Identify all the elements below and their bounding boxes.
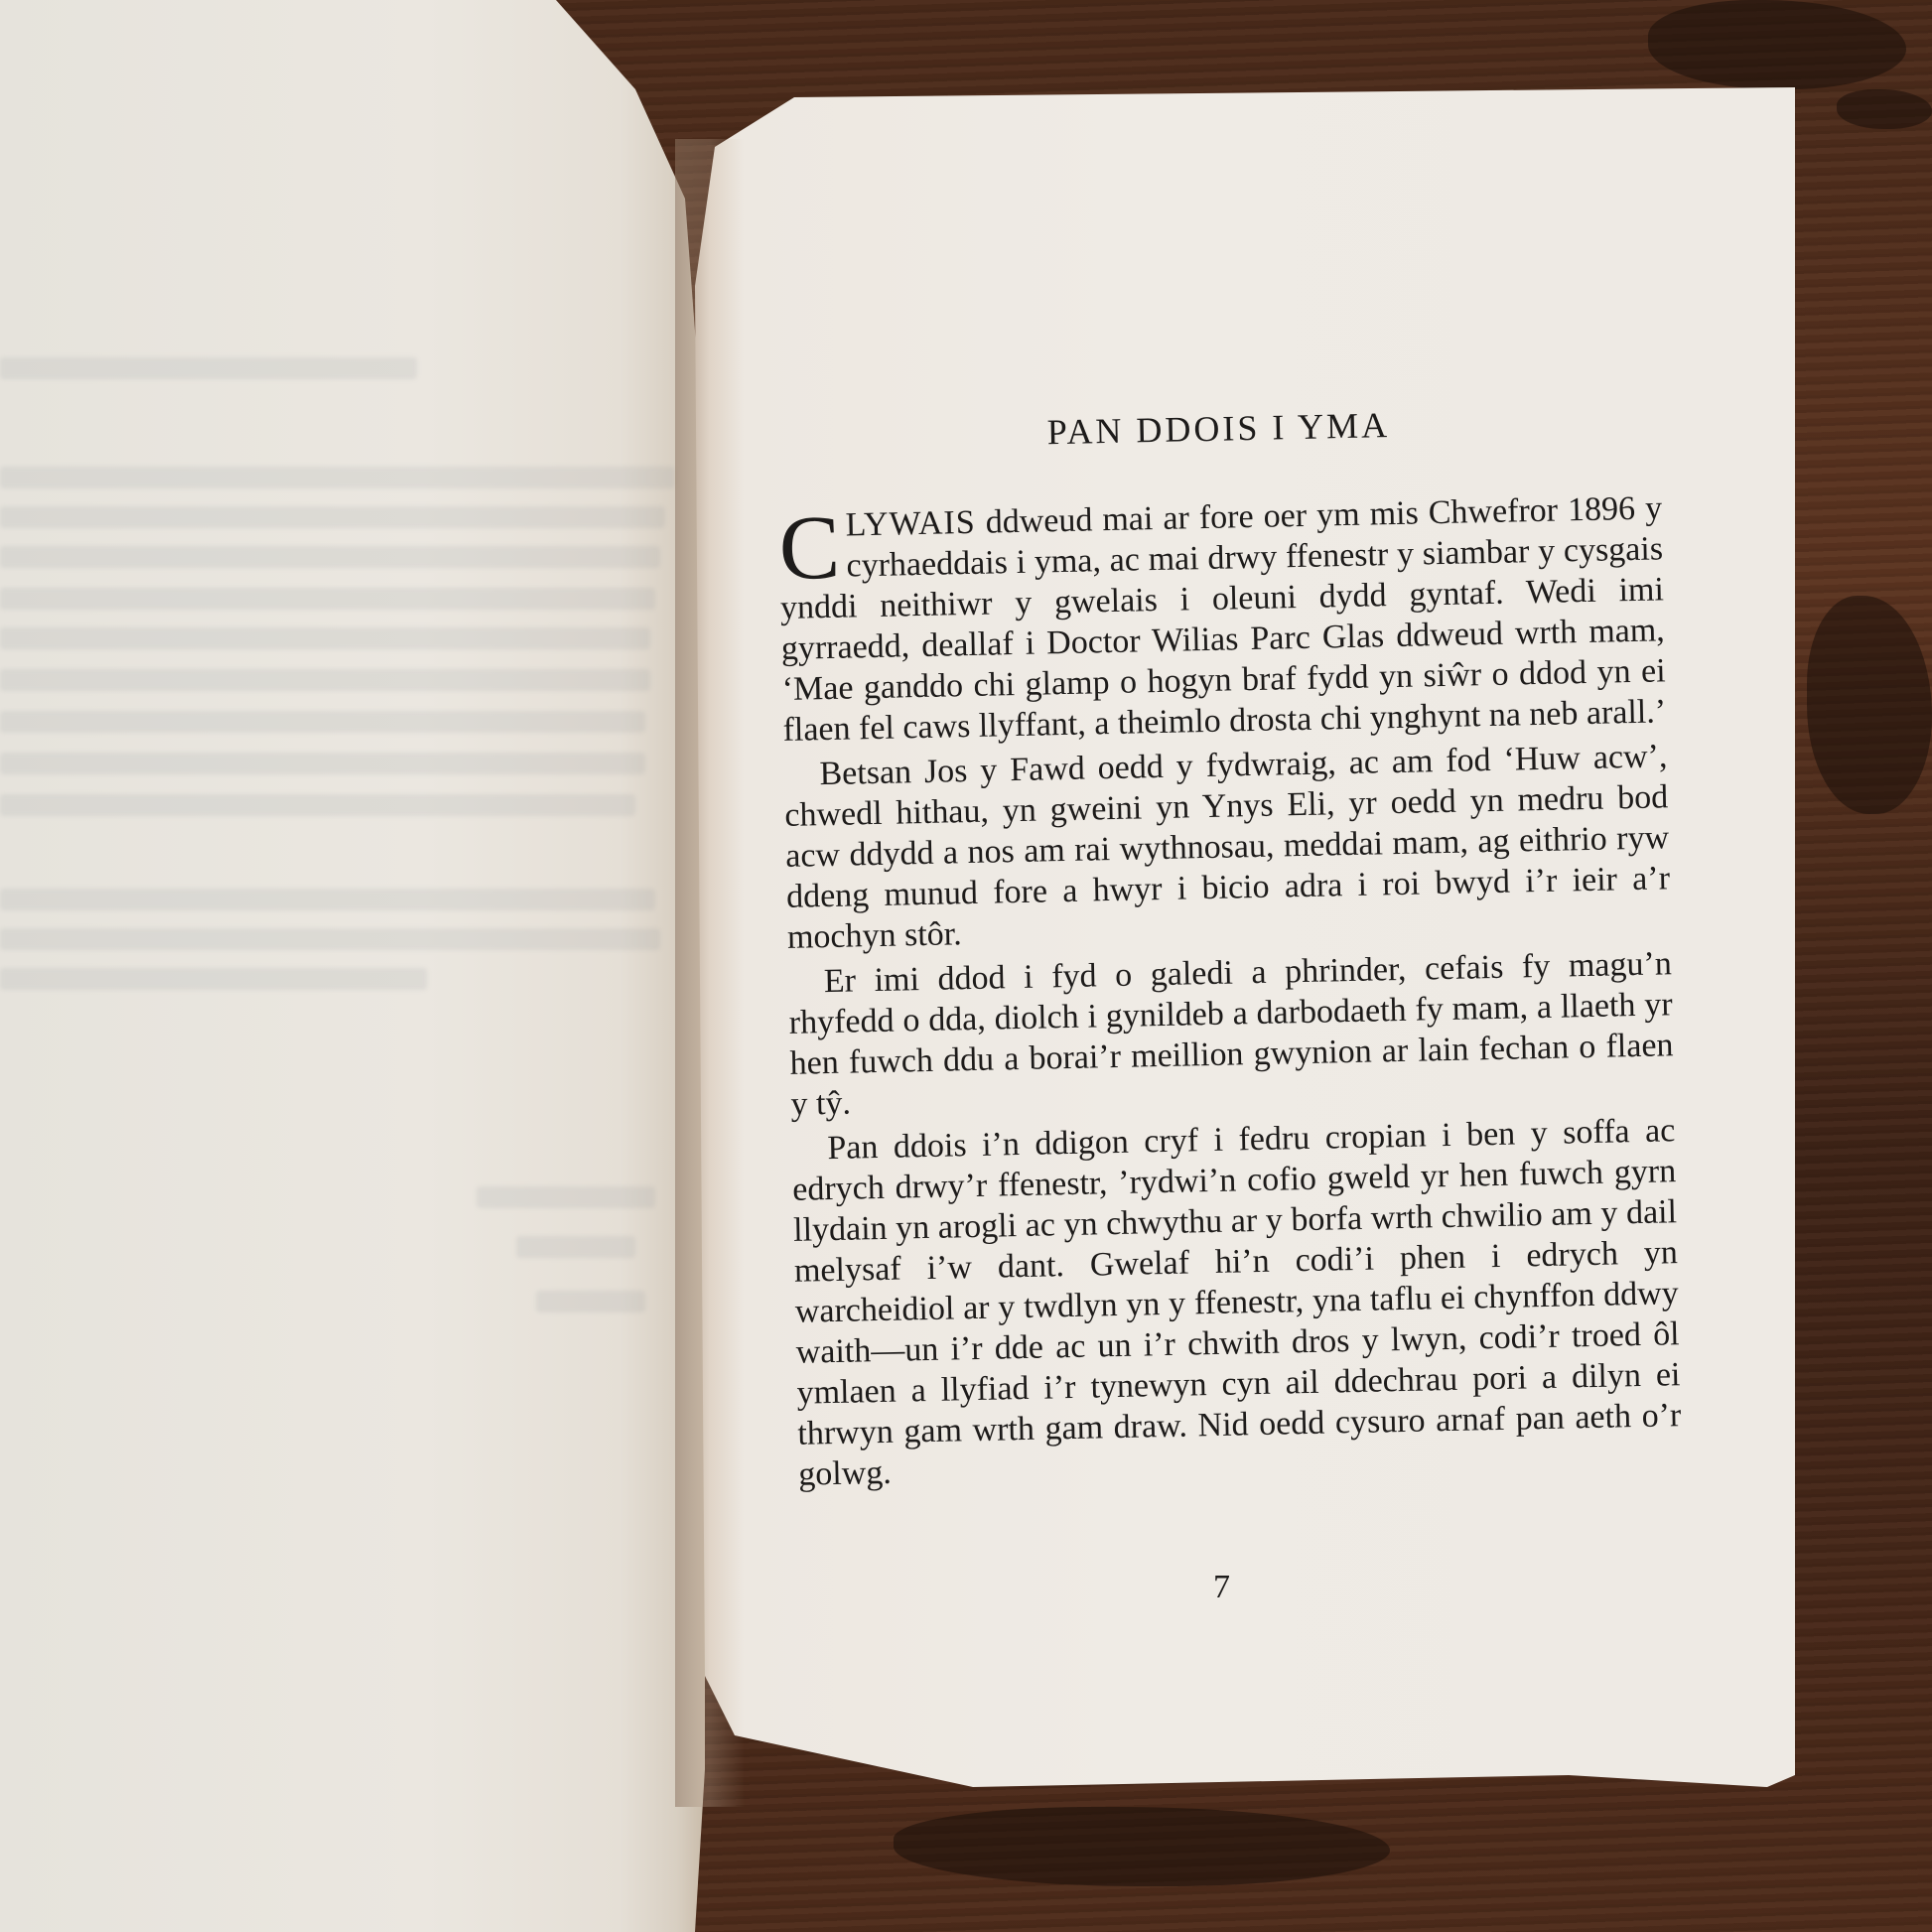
- wood-knot: [1648, 0, 1906, 89]
- page-number: 7: [1213, 1569, 1230, 1606]
- bleed-through-text: [0, 467, 675, 488]
- lead-smallcaps: LYWAIS: [845, 504, 976, 544]
- bleed-through-text: [536, 1291, 645, 1312]
- wood-knot: [1807, 596, 1932, 814]
- paragraph: Pan ddois i’n ddigon cryf i fedru cropia…: [791, 1110, 1683, 1495]
- wood-knot: [894, 1807, 1390, 1886]
- bleed-through-text: [516, 1236, 635, 1258]
- bleed-through-text: [0, 506, 665, 528]
- paragraph: CLYWAIS ddweud mai ar fore oer ym mis Ch…: [778, 487, 1667, 751]
- bleed-through-text: [477, 1186, 655, 1208]
- bleed-through-text: [0, 669, 650, 691]
- drop-cap: C: [778, 509, 841, 586]
- bleed-through-text: [0, 794, 635, 816]
- bleed-through-text: [0, 588, 655, 610]
- bleed-through-text: [0, 968, 427, 990]
- bleed-through-text: [0, 627, 650, 649]
- paragraph: Betsan Jos y Fawd oedd y fydwraig, ac am…: [783, 736, 1671, 958]
- bleed-through-text: [0, 546, 660, 568]
- bleed-through-text: [0, 928, 660, 950]
- bleed-through-text: [0, 711, 645, 733]
- book-gutter-shadow: [675, 139, 745, 1807]
- bleed-through-text: [0, 889, 655, 910]
- paragraph: Er imi ddod i fyd o galedi a phrinder, c…: [787, 943, 1674, 1125]
- page-text-block: PAN DDOIS I YMA CLYWAIS ddweud mai ar fo…: [776, 398, 1683, 1498]
- left-page: [0, 0, 705, 1932]
- bleed-through-text: [0, 357, 417, 379]
- wood-knot: [1837, 89, 1932, 129]
- bleed-through-text: [0, 753, 645, 774]
